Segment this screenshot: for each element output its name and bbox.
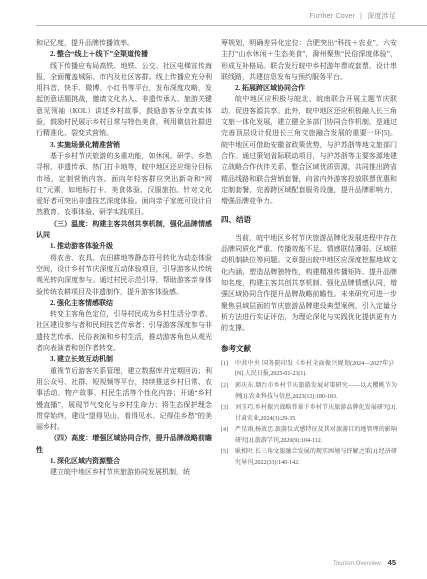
journal-page: Further Cover | 深度涉足 和记忆度，提升品牌传播效率。2. 整合… [0, 0, 427, 579]
paragraph-continued: 筹规划，明确差异化定位：合肥突出“科技＋农业”，六安主打“山水休闲＋生态美食”，… [221, 38, 397, 83]
reference-marker: [4] [221, 425, 235, 446]
reference-item: [5]耿相叶.长三角文旅融合发展的现实困境与纾解之策[J].经济研究导刊,202… [221, 447, 397, 468]
reference-marker: [1] [221, 359, 235, 380]
reference-marker: [5] [221, 447, 235, 468]
reference-text: 中共中央 国务院印发《乡村全面振兴规划(2024—2027年)》[N].人民日报… [235, 359, 397, 380]
header-title-zh: 深度涉足 [367, 11, 396, 21]
footer-page-number: 45 [388, 558, 396, 567]
footer-journal-name: Tourism Overview [333, 561, 381, 567]
reference-item: [2]郭庆东.烟台市乡村节庆旅游发展对策研究——以大樱桃节为例[J].农业科技与… [221, 381, 397, 402]
reference-text: 严星雨,杨效忠.旅游仪式感特征及其对旅游目的地管理的影响研究[J].旅游学刊,2… [235, 425, 397, 446]
sub-heading: 2. 拓展跨区域协同合作 [221, 83, 397, 94]
paragraph: 转变主客角色定位，引导村民成为乡村生活分享者、社区建设参与者和民间技艺传承者；引… [36, 309, 212, 354]
reference-marker: [3] [221, 403, 235, 424]
paragraph: 建立皖中地区乡村节庆旅游协同发展机制，统 [36, 467, 212, 478]
paragraph: 线下传播应布局高铁、地铁、公交、社区电梯宣传海报，全面覆盖城际、市内及社区客群。… [36, 61, 212, 140]
right-column: 筹规划，明确差异化定位：合肥突出“科技＋农业”，六安主打“山水休闲＋生态美食”，… [221, 38, 397, 479]
reference-text: 耿相叶.长三角文旅融合发展的现实困境与纾解之策[J].经济研究导刊,2022(3… [235, 447, 397, 468]
paragraph: 将农舍、农具、农田耕地等静态符号转化为动态体验空间，设计乡村节庆深度互动体验项目… [36, 253, 212, 298]
references-heading: 参考文献 [221, 343, 397, 354]
section-heading: 四、结语 [221, 214, 397, 225]
sub-heading: 2. 强化主客情感联结 [36, 298, 212, 309]
paragraph: 基于乡村节庆旅游的多重功能，如休闲、研学、乡愁寻根、非遗传承、热门打卡地等，皖中… [36, 151, 212, 219]
sub-heading: 1. 深化区域内资源整合 [36, 456, 212, 467]
sub-heading: 2. 整合“线上＋线下”全渠道传播 [36, 49, 212, 60]
reference-item: [3]刘玉巧.乡村振兴战略背景下乡村节庆旅游品牌化发展研究[J].甘肃农业,20… [221, 403, 397, 424]
header-rule [36, 25, 427, 26]
sub-heading: （四）高度：增强区域协同合作，提升品牌战略前瞻性 [36, 433, 212, 456]
sub-heading: 3. 建立长效互动机制 [36, 354, 212, 365]
page-footer: Tourism Overview 45 [333, 558, 396, 567]
paragraph: 重视节后游客关系管理，建立数据库并定期回访；利用公众号、社群、短视频等平台，持续… [36, 366, 212, 434]
reference-text: 刘玉巧.乡村振兴战略背景下乡村节庆旅游品牌化发展研究[J].甘肃农业,2024(… [235, 403, 397, 424]
article-body: 和记忆度，提升品牌传播效率。2. 整合“线上＋线下”全渠道传播线下传播应布局高铁… [36, 38, 397, 479]
reference-text: 郭庆东.烟台市乡村节庆旅游发展对策研究——以大樱桃节为例[J].农业科技与信息,… [235, 381, 397, 402]
header-title-en: Further Cover [309, 13, 355, 20]
sub-heading: 1. 推动游客体验升级 [36, 241, 212, 252]
sub-heading: （三）温度：构建主客共创共享机制，强化品牌情感认同 [36, 219, 212, 242]
paragraph: 皖中地区应积极与皖北、皖南联合开展主题节庆联动，促进客源共享。此外，皖中地区还应… [221, 94, 397, 207]
reference-marker: [2] [221, 381, 235, 402]
sub-heading: 3. 实施场景化精准营销 [36, 140, 212, 151]
reference-item: [4]严星雨,杨效忠.旅游仪式感特征及其对旅游目的地管理的影响研究[J].旅游学… [221, 425, 397, 446]
paragraph-continued: 和记忆度，提升品牌传播效率。 [36, 38, 212, 49]
paragraph: 当前，皖中地区乡村节庆旅游品牌化发展进程中存在品牌同质化严重、传播效能不足、情感… [221, 233, 397, 335]
page-header: Further Cover | 深度涉足 [309, 11, 396, 21]
header-separator: | [360, 13, 362, 20]
reference-item: [1]中共中央 国务院印发《乡村全面振兴规划(2024—2027年)》[N].人… [221, 359, 397, 380]
left-column: 和记忆度，提升品牌传播效率。2. 整合“线上＋线下”全渠道传播线下传播应布局高铁… [36, 38, 212, 479]
